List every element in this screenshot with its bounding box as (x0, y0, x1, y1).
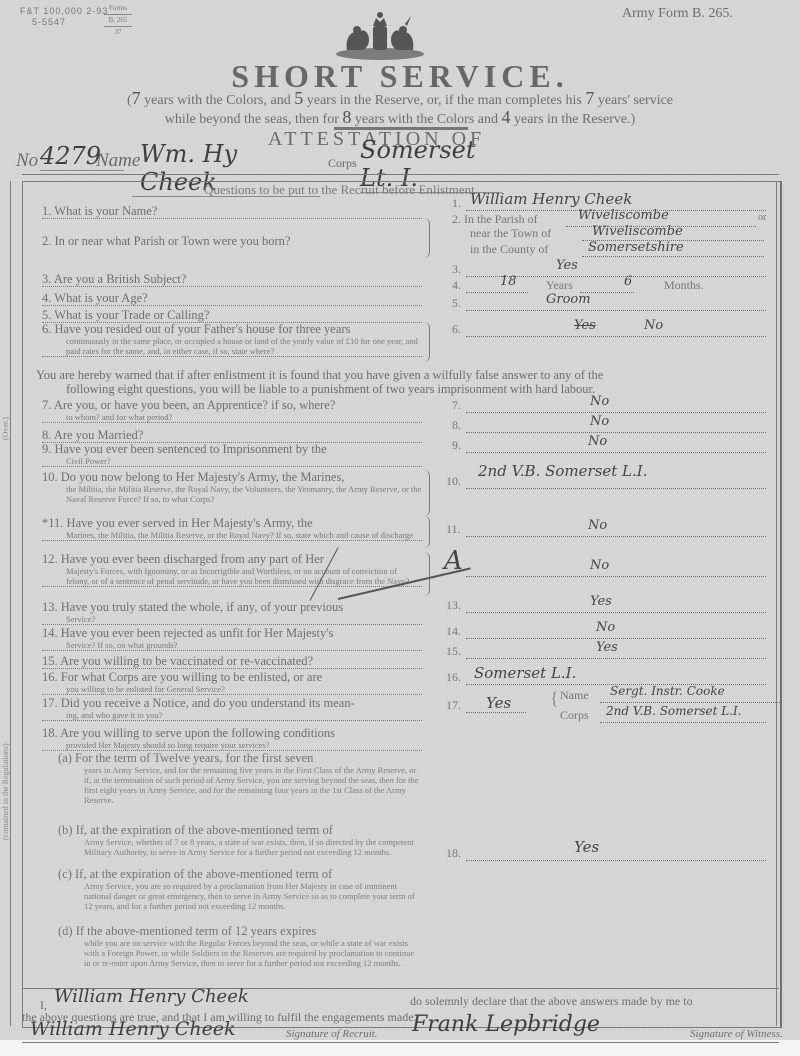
question-2: 2. In or near what Parish or Town were y… (42, 234, 422, 248)
question-12: 12. Have you ever been discharged from a… (42, 552, 422, 587)
answer-6-struck-value: Yes (574, 318, 596, 333)
question-18: 18. Are you willing to serve upon the fo… (42, 726, 422, 751)
answer-12-field[interactable]: No (590, 558, 609, 573)
question-3: 3. Are you a British Subject? (42, 272, 422, 287)
brace (424, 552, 430, 596)
question-15: 15. Are you willing to be vaccinated or … (42, 654, 422, 669)
answer-6-field[interactable]: No (644, 318, 663, 333)
answer-2-town-field[interactable]: Wiveliscombe (592, 224, 683, 239)
recruit-signature[interactable]: William Henry Cheek (30, 1018, 236, 1040)
answer-10-field[interactable]: 2nd V.B. Somerset L.I. (478, 462, 647, 480)
question-8: 8. Are you Married? (42, 428, 422, 443)
declaration-text-1: do solemnly declare that the above answe… (410, 994, 693, 1009)
question-11: *11. Have you ever served in Her Majesty… (42, 516, 422, 541)
question-14: 14. Have you ever been rejected as unfit… (42, 626, 422, 651)
forms-ref-sub: 37 (104, 28, 132, 37)
answer-13-field[interactable]: Yes (590, 594, 612, 609)
condition-c: (c) If, at the expiration of the above-m… (58, 868, 420, 911)
question-16: 16. For what Corps are you willing to be… (42, 670, 422, 695)
right-margin-rule (776, 181, 777, 1026)
warning-notice: You are hereby warned that if after enli… (36, 368, 756, 396)
brace (424, 470, 430, 516)
answer-2-county-field[interactable]: Somersetshire (588, 240, 684, 255)
answer-18-field[interactable]: Yes (574, 838, 599, 856)
answer-17-brace: { (550, 688, 559, 709)
answer-3-label: 3. (452, 262, 461, 277)
answer-4-years-field[interactable]: 18 (500, 274, 517, 289)
form-top-rule (22, 174, 779, 175)
answer-4-months-field[interactable]: 6 (624, 274, 632, 289)
notice-corps-label: Corps (560, 708, 589, 723)
answer-9-label: 9. (452, 438, 461, 453)
answer-8-label: 8. (452, 418, 461, 433)
answer-2-parish-field[interactable]: Wiveliscombe (578, 208, 669, 223)
margin-note-upper: (Over.) (1, 417, 10, 440)
number-label: No (16, 150, 38, 172)
royal-crest-icon (335, 10, 425, 65)
answer-4-label: 4. (452, 278, 461, 293)
forms-ref-number: B. 265 (104, 16, 132, 25)
answer-3-field[interactable]: Yes (556, 258, 578, 273)
printer-reference-line2: 5-5547 (20, 17, 108, 28)
witness-signature[interactable]: Frank Lepbridge (412, 1012, 600, 1037)
answer-2-parish-label: 2. In the Parish of (452, 212, 538, 227)
brace (424, 322, 430, 362)
warning-line-1: You are hereby warned that if after enli… (36, 368, 756, 382)
condition-d: (d) If the above-mentioned term of 12 ye… (58, 925, 420, 968)
months-label: Months. (664, 278, 704, 293)
warning-line-2: following eight questions, you will be l… (36, 382, 756, 396)
questions-heading: Questions to be put to the Recruit befor… (204, 182, 478, 198)
answer-11-field[interactable]: No (588, 518, 607, 533)
answer-11-label: 11. (446, 522, 461, 537)
question-7: 7. Are you, or have you been, an Apprent… (42, 398, 422, 423)
forms-reference: Forms B. 265 37 (104, 4, 132, 37)
witness-signature-label: Signature of Witness. (690, 1028, 783, 1040)
years-label: Years (546, 278, 573, 293)
notice-name-label: Name (560, 688, 589, 703)
answer-13-label: 13. (446, 598, 461, 613)
question-6: 6. Have you resided out of your Father's… (42, 322, 422, 357)
corps-label: Corps (328, 156, 357, 171)
subtitle-line-2: while beyond the seas, then for 8 years … (30, 109, 770, 128)
answer-2-town-label: near the Town of (470, 226, 551, 241)
army-form-number: Army Form B. 265. (622, 6, 733, 22)
signature-rule (22, 1042, 779, 1043)
notice-name-field[interactable]: Sergt. Instr. Cooke (610, 684, 725, 698)
declaration-name-field[interactable]: William Henry Cheek (54, 986, 249, 1007)
subtitle-line-1: (7 years with the Colors, and 5 years in… (30, 90, 770, 109)
question-10: 10. Do you now belong to Her Majesty's A… (42, 470, 422, 504)
answer-8-field[interactable]: No (590, 414, 609, 429)
answer-16-label: 16. (446, 670, 461, 685)
answer-18-label: 18. (446, 846, 461, 861)
question-5: 5. What is your Trade or Calling? (42, 308, 422, 323)
brace (424, 516, 430, 548)
answer-7-field[interactable]: No (590, 394, 609, 409)
answer-10-label: 10. (446, 474, 461, 489)
forms-ref-label: Forms (104, 4, 132, 13)
answer-9-field[interactable]: No (588, 434, 607, 449)
condition-a: (a) For the term of Twelve years, for th… (58, 752, 420, 805)
question-1: 1. What is your Name? (42, 204, 422, 219)
or-label: or (758, 212, 766, 223)
answer-15-field[interactable]: Yes (596, 640, 618, 655)
condition-b: (b) If, at the expiration of the above-m… (58, 824, 420, 857)
left-margin-rule (10, 181, 11, 1026)
margin-note-lower: (contained in the Regulations) (1, 743, 10, 840)
answer-15-label: 15. (446, 644, 461, 659)
answer-14-field[interactable]: No (596, 620, 615, 635)
answer-1-label: 1. (452, 196, 461, 211)
question-13: 13. Have you truly stated the whole, if … (42, 600, 422, 625)
answer-1-field[interactable]: William Henry Cheek (470, 190, 632, 208)
answer-14-label: 14. (446, 624, 461, 639)
answer-2-county-label: in the County of (470, 242, 548, 257)
notice-corps-field[interactable]: 2nd V.B. Somerset L.I. (606, 704, 742, 718)
form-subtitle: (7 years with the Colors, and 5 years in… (30, 90, 770, 128)
answer-16-field[interactable]: Somerset L.I. (474, 664, 576, 682)
printer-reference: F&T 100,000 2-93 5-5547 (20, 6, 108, 28)
printer-reference-line1: F&T 100,000 2-93 (20, 6, 108, 17)
answer-6-label: 6. (452, 322, 461, 337)
brace (424, 218, 430, 258)
answer-5-field[interactable]: Groom (546, 292, 591, 307)
question-9: 9. Have you ever been sentenced to Impri… (42, 442, 422, 467)
recruit-signature-label: Signature of Recruit. (286, 1028, 378, 1040)
answer-7-label: 7. (452, 398, 461, 413)
answer-17-label: 17. (446, 698, 461, 713)
question-17: 17. Did you receive a Notice, and do you… (42, 696, 422, 721)
answer-17-field[interactable]: Yes (486, 694, 511, 712)
question-4: 4. What is your Age? (42, 291, 422, 306)
answer-5-label: 5. (452, 296, 461, 311)
